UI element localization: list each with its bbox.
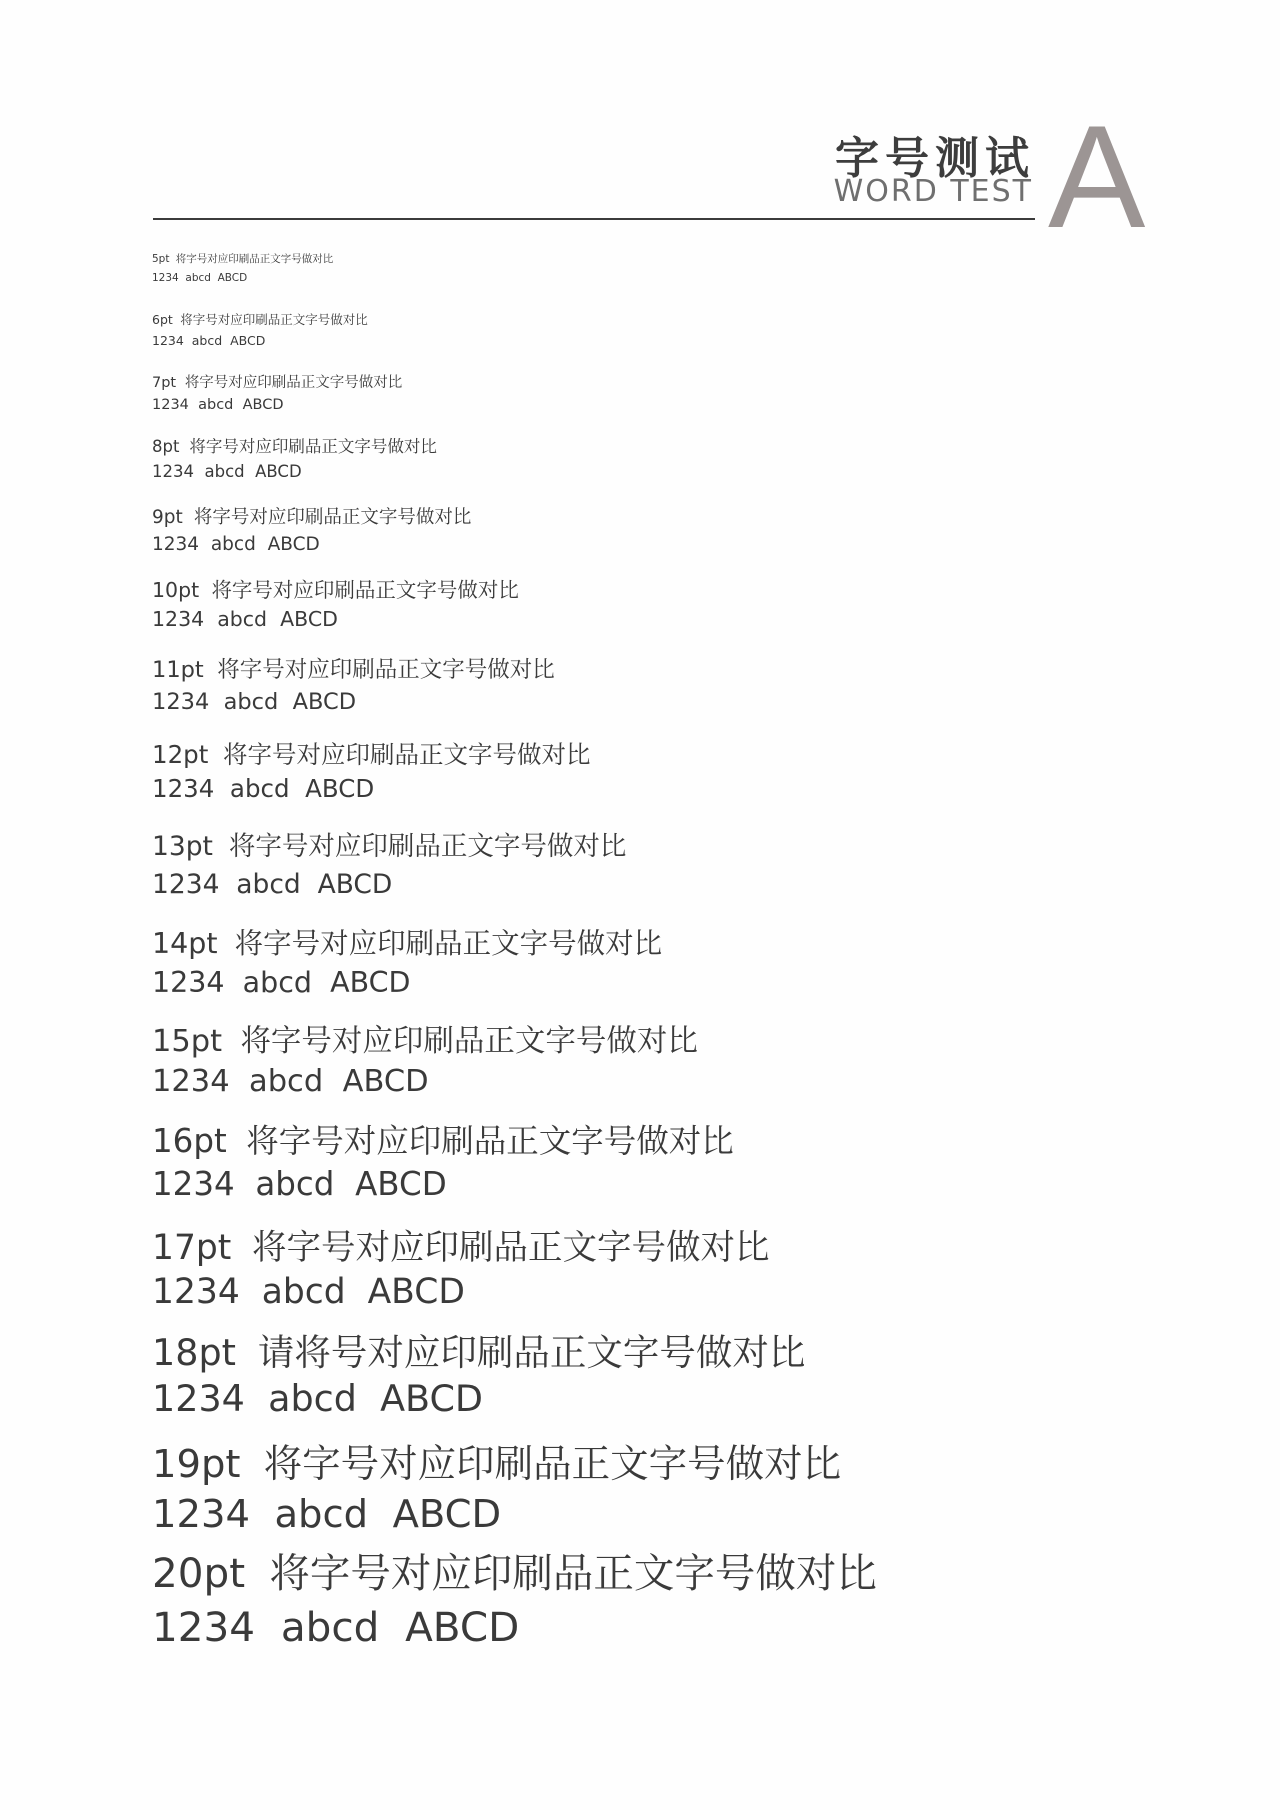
sample-8pt: 8pt将字号对应印刷品正文字号做对比 1234 abcd ABCD — [152, 434, 437, 484]
sample-size-label: 12pt — [152, 740, 208, 769]
sample-latin-text: 1234 abcd ABCD — [152, 459, 437, 484]
sample-latin-text: 1234 abcd ABCD — [152, 1376, 805, 1422]
sample-size-label: 20pt — [152, 1549, 245, 1597]
sample-size-label: 17pt — [152, 1228, 231, 1268]
sample-latin-text: 1234 abcd ABCD — [152, 531, 471, 558]
sample-18pt: 18pt请将号对应印刷品正文字号做对比 1234 abcd ABCD — [152, 1330, 805, 1422]
sample-size-label: 13pt — [152, 831, 213, 862]
sample-cjk-text: 将字号对应印刷品正文字号做对比 — [194, 507, 472, 528]
sample-cjk-text: 将字号对应印刷品正文字号做对比 — [246, 1122, 734, 1160]
sample-size-label: 8pt — [152, 437, 179, 456]
sample-latin-text: 1234 abcd ABCD — [152, 1600, 877, 1654]
sample-16pt: 16pt将字号对应印刷品正文字号做对比 1234 abcd ABCD — [152, 1120, 734, 1206]
sample-latin-text: 1234 abcd ABCD — [152, 686, 555, 718]
sample-cjk-text: 将字号对应印刷品正文字号做对比 — [185, 375, 403, 391]
sample-cjk-text: 将字号对应印刷品正文字号做对比 — [252, 1228, 770, 1268]
sample-20pt: 20pt将字号对应印刷品正文字号做对比 1234 abcd ABCD — [152, 1546, 877, 1654]
header-subtitle: WORD TEST — [834, 174, 1033, 209]
sample-cjk-text: 将字号对应印刷品正文字号做对比 — [176, 253, 334, 265]
sample-cjk-text: 将字号对应印刷品正文字号做对比 — [180, 312, 368, 327]
header-divider — [153, 218, 1035, 220]
sample-latin-text: 1234 abcd ABCD — [152, 1062, 698, 1102]
sample-cjk-text: 将字号对应印刷品正文字号做对比 — [217, 657, 555, 683]
sample-5pt: 5pt将字号对应印刷品正文字号做对比 1234 abcd ABCD — [152, 250, 333, 288]
sample-size-label: 6pt — [152, 312, 173, 327]
sample-latin-text: 1234 abcd ABCD — [152, 963, 662, 1002]
sample-latin-text: 1234 abcd ABCD — [152, 394, 402, 416]
sample-latin-text: 1234 abcd ABCD — [152, 866, 626, 904]
sample-size-label: 16pt — [152, 1122, 227, 1160]
sample-cjk-text: 将字号对应印刷品正文字号做对比 — [223, 740, 591, 769]
sample-size-label: 15pt — [152, 1024, 222, 1059]
sample-15pt: 15pt将字号对应印刷品正文字号做对比 1234 abcd ABCD — [152, 1022, 698, 1102]
sample-6pt: 6pt将字号对应印刷品正文字号做对比 1234 abcd ABCD — [152, 309, 368, 351]
sample-size-label: 14pt — [152, 927, 218, 960]
sample-latin-text: 1234 abcd ABCD — [152, 1163, 734, 1206]
sample-14pt: 14pt将字号对应印刷品正文字号做对比 1234 abcd ABCD — [152, 924, 662, 1002]
header-section-letter: A — [1048, 104, 1145, 250]
sample-cjk-text: 将字号对应印刷品正文字号做对比 — [235, 927, 663, 960]
sample-10pt: 10pt将字号对应印刷品正文字号做对比 1234 abcd ABCD — [152, 576, 519, 634]
sample-13pt: 13pt将字号对应印刷品正文字号做对比 1234 abcd ABCD — [152, 828, 626, 904]
sample-size-label: 11pt — [152, 657, 204, 683]
sample-size-label: 10pt — [152, 578, 199, 602]
sample-19pt: 19pt将字号对应印刷品正文字号做对比 1234 abcd ABCD — [152, 1440, 841, 1540]
sample-cjk-text: 将字号对应印刷品正文字号做对比 — [240, 1024, 698, 1059]
sample-size-label: 9pt — [152, 507, 183, 528]
sample-latin-text: 1234 abcd ABCD — [152, 605, 519, 634]
sample-size-label: 7pt — [152, 375, 176, 391]
sample-size-label: 5pt — [152, 253, 169, 265]
sample-latin-text: 1234 abcd ABCD — [152, 330, 368, 351]
sample-9pt: 9pt将字号对应印刷品正文字号做对比 1234 abcd ABCD — [152, 504, 471, 558]
sample-cjk-text: 将字号对应印刷品正文字号做对比 — [269, 1549, 877, 1597]
sample-17pt: 17pt将字号对应印刷品正文字号做对比 1234 abcd ABCD — [152, 1226, 770, 1314]
sample-cjk-text: 将字号对应印刷品正文字号做对比 — [211, 578, 519, 602]
sample-size-label: 18pt — [152, 1331, 236, 1374]
sample-cjk-text: 将字号对应印刷品正文字号做对比 — [189, 437, 437, 456]
sample-cjk-text: 将字号对应印刷品正文字号做对比 — [229, 831, 627, 862]
sample-latin-text: 1234 abcd ABCD — [152, 1490, 841, 1540]
sample-latin-text: 1234 abcd ABCD — [152, 772, 591, 806]
sample-latin-text: 1234 abcd ABCD — [152, 1270, 770, 1314]
sample-cjk-text: 将字号对应印刷品正文字号做对比 — [264, 1442, 842, 1487]
sample-11pt: 11pt将字号对应印刷品正文字号做对比 1234 abcd ABCD — [152, 654, 555, 718]
sample-size-label: 19pt — [152, 1442, 241, 1487]
sample-12pt: 12pt将字号对应印刷品正文字号做对比 1234 abcd ABCD — [152, 738, 591, 806]
sample-latin-text: 1234 abcd ABCD — [152, 269, 333, 288]
sample-7pt: 7pt将字号对应印刷品正文字号做对比 1234 abcd ABCD — [152, 372, 402, 416]
sample-cjk-text: 请将号对应印刷品正文字号做对比 — [258, 1331, 806, 1374]
